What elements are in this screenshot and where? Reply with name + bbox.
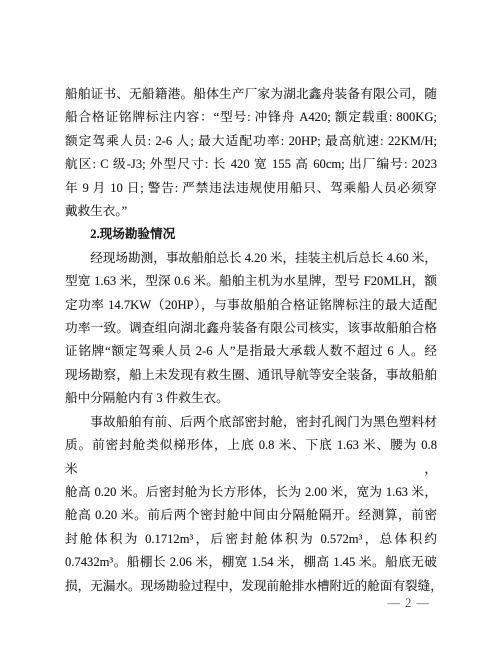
text-line: 年 9 月 10 日; 警告: 严禁违法违规使用船只、驾乘船人员必须穿 bbox=[65, 177, 437, 200]
text-line: 功率一致。调查组向湖北鑫舟装备有限公司核实，该事故船舶合格 bbox=[65, 317, 437, 340]
section-heading: 2.现场勘验情况 bbox=[65, 223, 437, 246]
text-line: 航区: C 级-J3; 外型尺寸: 长 420 宽 155 高 60cm; 出厂… bbox=[65, 153, 437, 176]
text-line: 定功率 14.7KW（20HP），与事故船舶合格证铭牌标注的最大适配 bbox=[65, 294, 437, 317]
text-line: 额定驾乘人员: 2-6 人; 最大适配功率: 20HP; 最高航速: 22KM/… bbox=[65, 130, 437, 153]
text-line: 封舱体积为 0.1712m³，后密封舱体积为 0.572m³，总体积约 bbox=[65, 528, 437, 551]
text-line: 戴救生衣。” bbox=[65, 200, 437, 223]
text-line: 证铭牌“额定驾乘人员 2-6 人”是指最大承载人数不超过 6 人。经 bbox=[65, 340, 437, 363]
text-line: 型宽 1.63 米，型深 0.6 米。船舶主机为水星牌，型号 F20MLH，额 bbox=[65, 270, 437, 293]
text-line: 船舶证书、无船籍港。船体生产厂家为湖北鑫舟装备有限公司，随 bbox=[65, 83, 437, 106]
text-line: 船合格证铭牌标注内容：“型号: 冲锋舟 A420; 额定载重: 800KG; bbox=[65, 106, 437, 129]
text-line: 船中分隔舱内有 3 件救生衣。 bbox=[65, 387, 437, 410]
text-line: 现场勘察，船上未发现有救生圈、通讯导航等安全装备，事故船舶 bbox=[65, 364, 437, 387]
text-line: 经现场勘测，事故船舶总长 4.20 米，挂装主机后总长 4.60 米， bbox=[65, 247, 437, 270]
document-body: 船舶证书、无船籍港。船体生产厂家为湖北鑫舟装备有限公司，随船合格证铭牌标注内容：… bbox=[65, 83, 437, 598]
text-line: 损，无漏水。现场勘验过程中，发现前舱排水槽附近的舱面有裂缝， bbox=[65, 575, 437, 598]
text-line: 0.7432m³。船棚长 2.06 米，棚宽 1.54 米，棚高 1.45 米。… bbox=[65, 551, 437, 574]
document-page: 船舶证书、无船籍港。船体生产厂家为湖北鑫舟装备有限公司，随船合格证铭牌标注内容：… bbox=[0, 0, 500, 647]
text-line: 事故船舶有前、后两个底部密封舱，密封孔阀门为黑色塑料材 bbox=[65, 411, 437, 434]
text-line: 舱高 0.20 米。前后两个密封舱中间由分隔舱隔开。经测算，前密 bbox=[65, 504, 437, 527]
page-number: — 2 — bbox=[388, 594, 431, 612]
text-line: 舱高 0.20 米。后密封舱为长方形体，长为 2.00 米，宽为 1.63 米， bbox=[65, 481, 437, 504]
text-line: 质。前密封舱类似梯形体，上底 0.8 米、下底 1.63 米、腰为 0.8 米， bbox=[65, 434, 437, 481]
